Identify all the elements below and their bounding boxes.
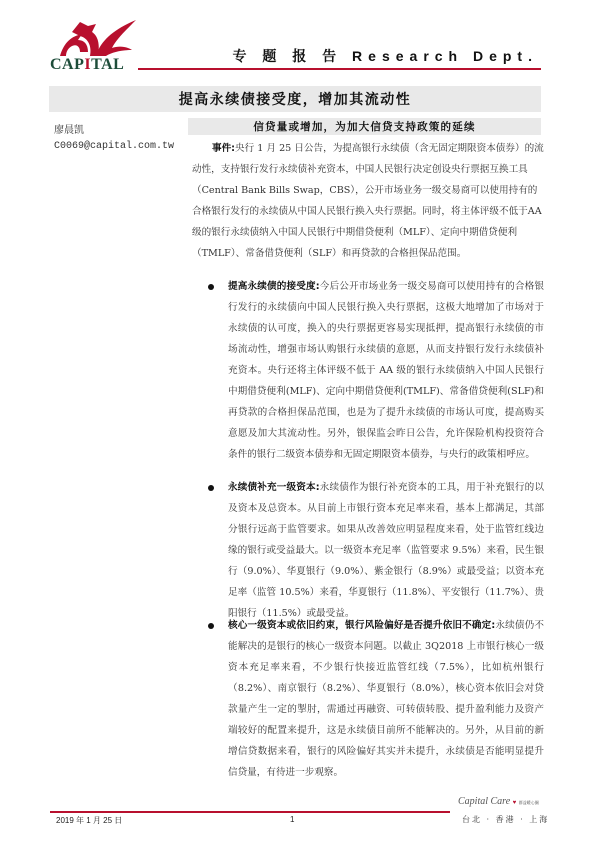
author-name: 廖晨凯 xyxy=(54,121,84,136)
title-bar: 提高永续债接受度，增加其流动性 xyxy=(49,86,541,112)
bullet-dot-icon xyxy=(208,485,214,491)
event-lead: 事件: xyxy=(212,143,235,154)
event-paragraph: 事件:央行 1 月 25 日公告，为提高银行永续债（含无固定期限资本债券）的流动… xyxy=(192,138,544,264)
subtitle: 信贷量或增加，为加大信贷支持政策的延续 xyxy=(253,119,475,134)
report-type-heading: 专 题 报 告 Research Dept. xyxy=(233,46,539,66)
header-divider xyxy=(138,68,541,70)
subtitle-bar: 信贷量或增加，为加大信贷支持政策的延续 xyxy=(188,118,541,135)
footer-date: 2019 年 1 月 25 日 xyxy=(56,815,122,826)
footer-divider xyxy=(50,811,450,813)
event-text: 央行 1 月 25 日公告，为提高银行永续债（含无固定期限资本债券）的流动性，支… xyxy=(192,143,544,259)
bullet-text: 永续债仍不能解决的是银行的核心一级资本问题。以截止 3Q2018 上市银行核心一… xyxy=(228,620,544,778)
bullet-lead: 核心一级资本或依旧约束，银行风险偏好是否提升依旧不确定: xyxy=(228,620,495,631)
capital-logo-text: CAPITAL xyxy=(50,56,124,74)
bullet-dot-icon xyxy=(208,623,214,629)
page-title: 提高永续债接受度，增加其流动性 xyxy=(179,89,412,109)
bullet-lead: 提高永续债的接受度: xyxy=(228,281,320,292)
bullet-text: 永续债作为银行补充资本的工具，用于补充银行的以及资本及总资本。从目前上市银行资本… xyxy=(228,482,544,619)
heart-icon: ♥ xyxy=(513,800,517,806)
footer-cities: 台北 · 香港 · 上海 xyxy=(462,814,549,825)
page-number: 1 xyxy=(290,815,294,824)
bullet-dot-icon xyxy=(208,284,214,290)
author-email-link[interactable]: C0069@capital.com.tw xyxy=(54,141,174,152)
bullet-lead: 永续债补充一级资本: xyxy=(228,482,320,493)
capital-care-logo: Capital Care ♥ 群益暖心圈 xyxy=(458,796,539,807)
bullet-text: 今后公开市场业务一级交易商可以使用持有的合格银行发行的永续债向中国人民银行换入央… xyxy=(228,281,544,460)
